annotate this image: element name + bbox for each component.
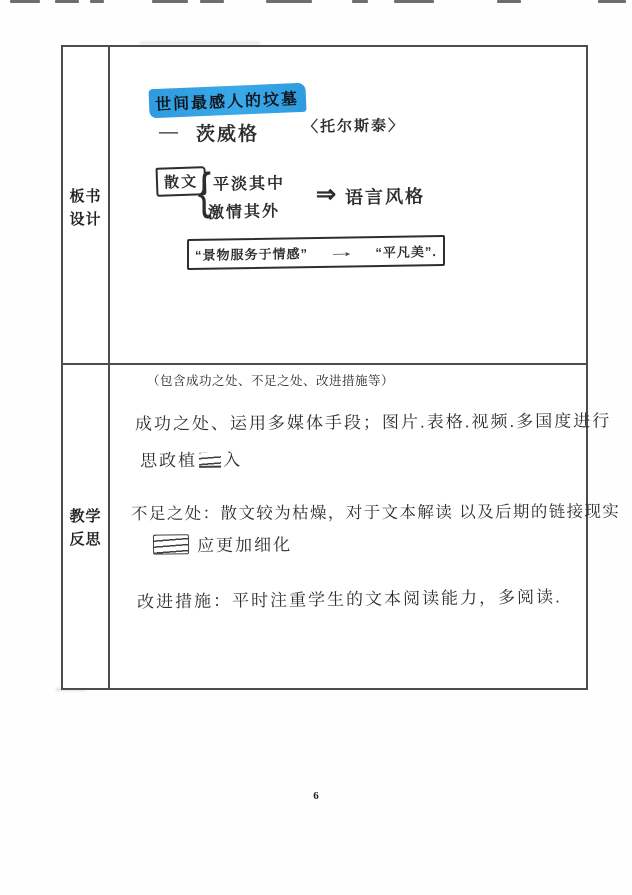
row-label-line: 反思 — [63, 528, 108, 551]
branch-bottom-text: 激情其外 — [208, 198, 281, 223]
conclusion-right-text: “平凡美”. — [375, 241, 437, 261]
table-row-divider — [63, 363, 586, 365]
right-arrow-icon: → — [327, 243, 356, 260]
reflection-success-line: 成功之处、运用多媒体手段；图片.表格.视频.多国度进行 — [135, 406, 611, 434]
scanned-document-page: 板书 设计 教学 反思 世间最感人的坟墓 —茨威格 〈托尔斯泰〉 散文 { 平淡… — [0, 0, 632, 895]
row-label-line: 教学 — [63, 505, 108, 528]
author-name: 茨威格 — [196, 124, 259, 145]
reflection-shortcoming-line: 不足之处：散文较为枯燥，对于文本解读 以及后期的链接现实 — [131, 498, 620, 525]
row-label-board-design: 板书 设计 — [63, 185, 108, 231]
conclusion-box: “景物服务于情感” → “平凡美”. — [187, 235, 445, 270]
reflection-line4-text: 应更加细化 — [197, 530, 292, 556]
language-style-label: 语言风格 — [345, 182, 425, 209]
crossed-out-scribble — [199, 453, 221, 468]
reflection-shortcoming-line-2: 应更加细化 — [153, 530, 292, 556]
row-label-teaching-reflection: 教学 反思 — [63, 505, 108, 551]
crossed-out-word-scribble — [153, 534, 189, 554]
author-line: —茨威格 — [159, 119, 259, 146]
branch-top-text: 平淡其中 — [213, 170, 285, 194]
reflection-improvement-line: 改进措施：平时注重学生的文本阅读能力，多阅读. — [137, 582, 562, 612]
reflection-line2-post: 入 — [223, 450, 242, 469]
row-label-line: 设计 — [63, 208, 108, 231]
reflection-line2-pre: 思政植 — [140, 451, 197, 471]
author-dash: — — [159, 122, 178, 144]
row-label-line: 板书 — [63, 185, 108, 208]
highlighted-lesson-title: 世间最感人的坟墓 — [148, 83, 306, 119]
lesson-plan-table: 板书 设计 教学 反思 世间最感人的坟墓 —茨威格 〈托尔斯泰〉 散文 { 平淡… — [61, 45, 588, 690]
subject-name: 〈托尔斯泰〉 — [303, 114, 405, 136]
conclusion-left-text: “景物服务于情感” — [195, 243, 308, 264]
page-number: 6 — [0, 790, 632, 802]
double-arrow-icon: ⇒ — [316, 180, 336, 209]
printed-instruction-note: （包含成功之处、不足之处、改进措施等） — [147, 371, 394, 389]
reflection-success-line-2: 思政植入 — [140, 445, 242, 471]
table-column-divider — [108, 47, 110, 688]
